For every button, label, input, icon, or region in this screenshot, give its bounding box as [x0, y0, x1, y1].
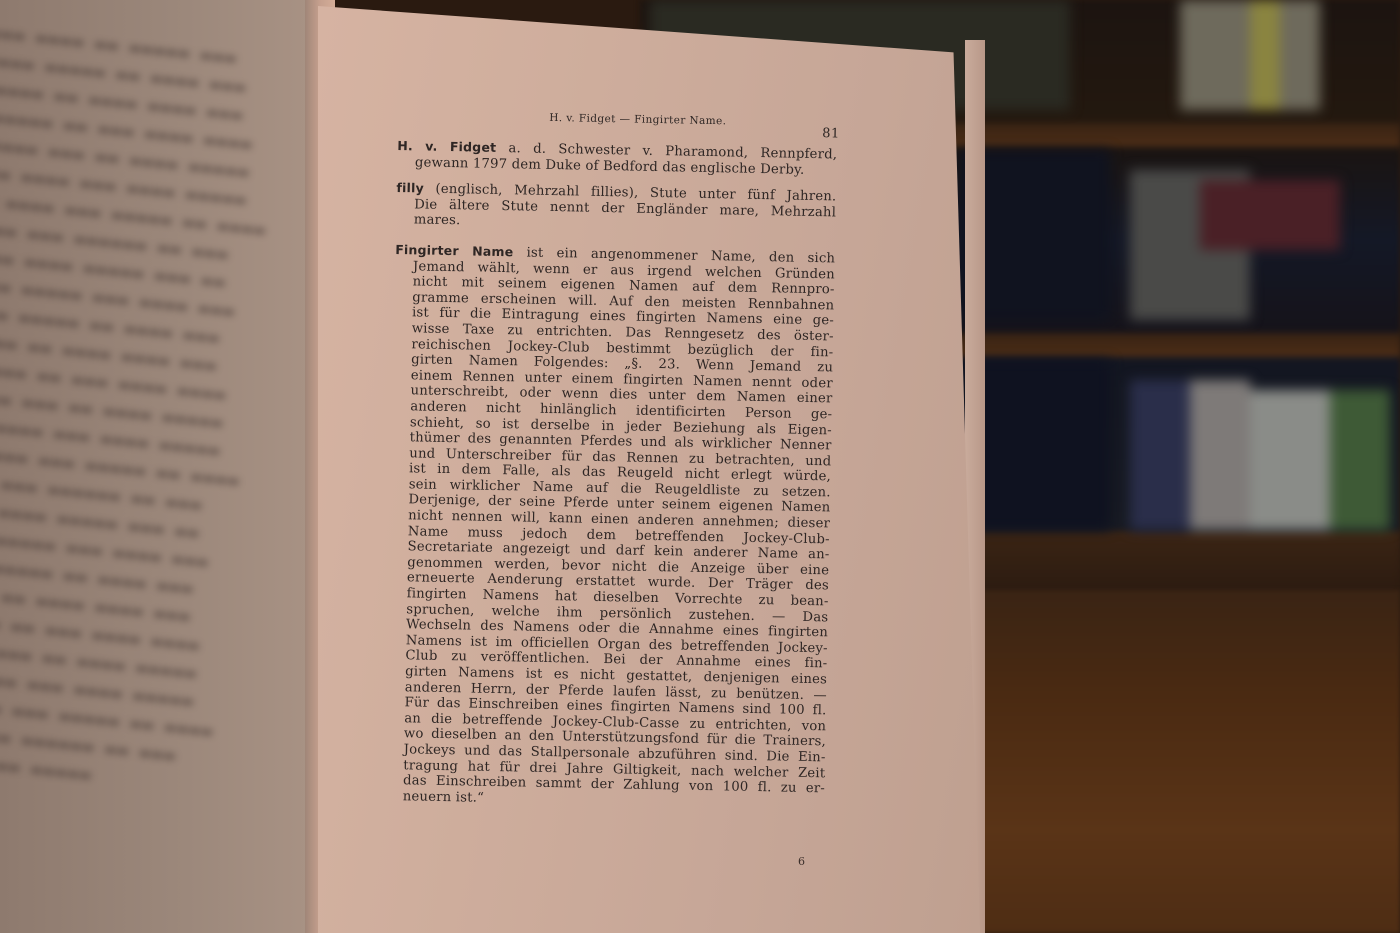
entry-term: H. v. Fidget: [397, 138, 496, 155]
dictionary-entry-fidget: H. v. Fidget a. d. Schwester v. Pharamon…: [397, 138, 838, 179]
entry-term: Fingirter Name: [395, 242, 513, 259]
left-page-ghost-text: ▬▬▬ ▬▬▬▬ ▬▬ ▬▬▬▬▬ ▬▬▬ ▬▬▬▬ ▬▬▬▬▬ ▬▬ ▬▬▬▬…: [0, 20, 288, 803]
dictionary-entry-fingirter-name: Fingirter Name ist ein angenommener Name…: [385, 242, 836, 813]
page-number: 81: [822, 126, 840, 142]
entry-term: filly: [396, 180, 424, 196]
page-content: H. v. Fidget — Fingirter Name. 81 H. v. …: [385, 108, 838, 813]
printer-signature-mark: 6: [798, 855, 805, 868]
dictionary-entry-filly: filly (englisch, Mehrzahl fillies), Stut…: [396, 180, 837, 236]
running-head-text: H. v. Fidget — Fingirter Name.: [549, 112, 726, 127]
left-page-blurred: ▬▬▬ ▬▬▬▬ ▬▬ ▬▬▬▬▬ ▬▬▬ ▬▬▬▬ ▬▬▬▬▬ ▬▬ ▬▬▬▬…: [0, 0, 310, 933]
